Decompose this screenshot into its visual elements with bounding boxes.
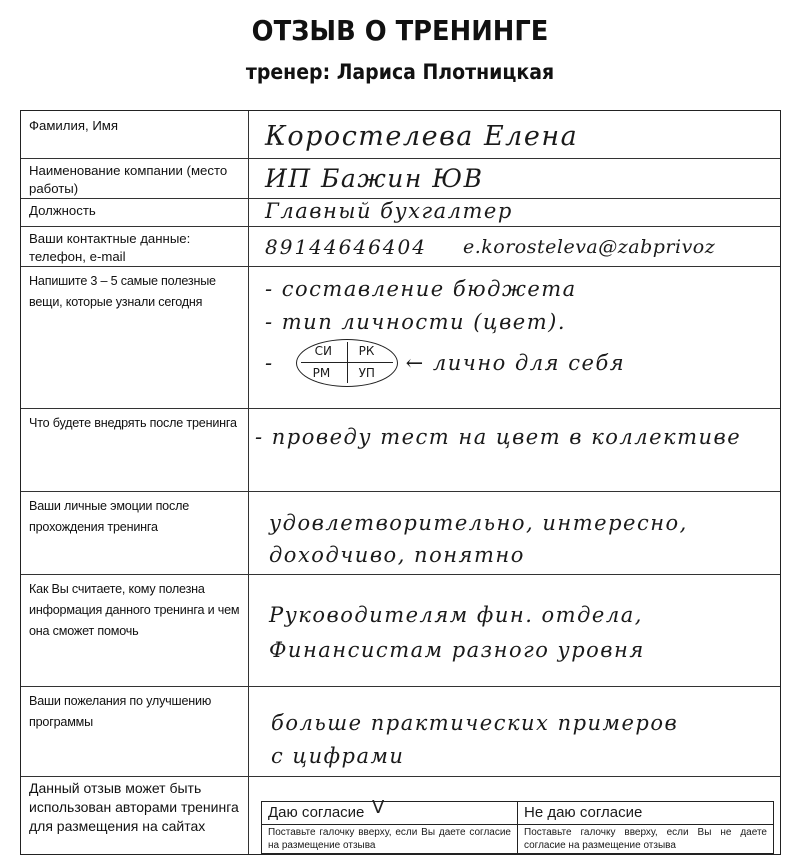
disagree-option[interactable]: Не даю согласие [517,802,773,824]
field-label-who-benefits: Как Вы считаете, кому полезна информация… [21,575,249,686]
quadrant-label: РК [359,344,375,358]
field-name[interactable]: Коростелева Елена [249,111,780,158]
consent-options-row: Даю согласие V Не даю согласие [262,802,773,824]
quadrant-label: СИ [315,344,332,358]
agree-option[interactable]: Даю согласие V [262,802,517,824]
field-label-company: Наименование компании (место работы) [21,159,249,198]
handwritten-email: e.korosteleva@zabprivoz [463,236,715,258]
disagree-label: Не даю согласие [524,804,642,821]
form-row-useful-things: Напишите 3 – 5 самые полезные вещи, кото… [21,266,780,408]
checkmark-icon: V [372,798,384,818]
personality-diagram: - СИ РК РМ УП ← лично для себя [265,339,625,387]
form-row-suggestions: Ваши пожелания по улучшению программы бо… [21,686,780,776]
form-row-contacts: Ваши контактные данные: телефон, e-mail … [21,226,780,266]
handwritten-name: Коростелева Елена [265,121,780,152]
handwritten-position: Главный бухгалтер [265,199,780,223]
field-label-useful-things: Напишите 3 – 5 самые полезные вещи, кото… [21,267,249,408]
handwritten-dash: - [265,351,274,375]
consent-notes-row: Поставьте галочку вверху, если Вы даете … [262,824,773,853]
field-useful-things[interactable]: - составление бюджета - тип личности (цв… [249,267,780,408]
handwritten-line: удовлетворительно, интересно, [269,506,780,540]
handwritten-line: - проведу тест на цвет в коллективе [255,425,780,449]
form-row-name: Фамилия, Имя Коростелева Елена [21,111,780,158]
field-who-benefits[interactable]: Руководителям фин. отдела, Финансистам р… [249,575,780,686]
form-row-consent: Данный отзыв может быть использован авто… [21,776,780,854]
field-implement[interactable]: - проведу тест на цвет в коллективе [249,409,780,491]
page-title: ОТЗЫВ О ТРЕНИНГЕ [32,14,768,47]
handwritten-note: ← лично для себя [406,351,626,375]
handwritten-line: Финансистам разного уровня [269,633,780,667]
handwritten-line: больше практических примеров [271,705,780,741]
field-company[interactable]: ИП Бажин ЮВ [249,159,780,198]
quadrant-ellipse: СИ РК РМ УП [296,339,398,387]
agree-note: Поставьте галочку вверху, если Вы даете … [262,825,517,853]
feedback-form: Фамилия, Имя Коростелева Елена Наименова… [20,110,781,855]
field-consent: Даю согласие V Не даю согласие Поставьте… [249,777,780,854]
field-suggestions[interactable]: больше практических примеров с цифрами [249,687,780,776]
handwritten-line: - тип личности (цвет). [265,307,780,337]
disagree-note: Поставьте галочку вверху, если Вы не дае… [517,825,773,853]
field-label-consent: Данный отзыв может быть использован авто… [21,777,249,854]
form-row-implement: Что будете внедрять после тренинга - про… [21,408,780,491]
consent-table: Даю согласие V Не даю согласие Поставьте… [261,801,774,854]
field-label-implement: Что будете внедрять после тренинга [21,409,249,491]
handwritten-line: с цифрами [271,741,780,771]
field-label-contacts: Ваши контактные данные: телефон, e-mail [21,227,249,266]
handwritten-line: доходчиво, понятно [269,540,780,570]
quadrant-label: УП [359,366,375,380]
form-row-position: Должность Главный бухгалтер [21,198,780,226]
handwritten-phone: 89144646404 [265,235,427,259]
handwritten-line: - составление бюджета [265,271,780,307]
handwritten-line: Руководителям фин. отдела, [269,597,780,633]
handwritten-company: ИП Бажин ЮВ [265,164,780,193]
trainer-subtitle: тренер: Лариса Плотницкая [40,60,760,84]
field-label-name: Фамилия, Имя [21,111,249,158]
field-position[interactable]: Главный бухгалтер [249,199,780,226]
field-label-position: Должность [21,199,249,226]
field-contacts[interactable]: 89144646404 e.korosteleva@zabprivoz [249,227,780,266]
quadrant-label: РМ [313,366,331,380]
form-row-company: Наименование компании (место работы) ИП … [21,158,780,198]
form-row-emotions: Ваши личные эмоции после прохождения тре… [21,491,780,574]
agree-label: Даю согласие [268,804,364,821]
field-label-emotions: Ваши личные эмоции после прохождения тре… [21,492,249,574]
field-label-suggestions: Ваши пожелания по улучшению программы [21,687,249,776]
field-emotions[interactable]: удовлетворительно, интересно, доходчиво,… [249,492,780,574]
form-row-who-benefits: Как Вы считаете, кому полезна информация… [21,574,780,686]
